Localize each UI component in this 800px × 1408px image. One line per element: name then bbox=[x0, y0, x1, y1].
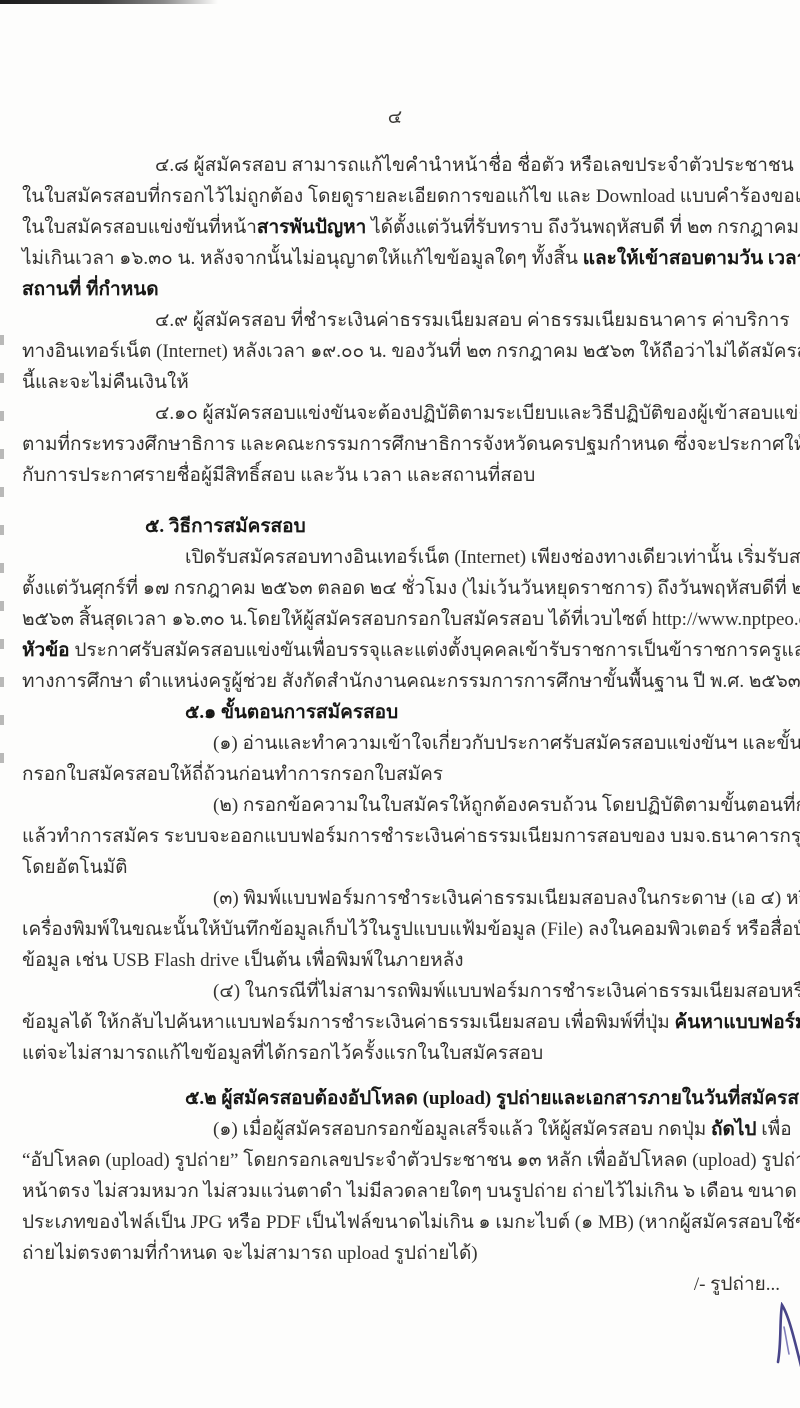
text-run: (๑) อ่านและทำความเข้าใจเกี่ยวกับประกาศรั… bbox=[213, 733, 800, 754]
text-run: ตามที่กระทรวงศึกษาธิการ และคณะกรรมการศึก… bbox=[22, 434, 800, 455]
document-line: ๕. วิธีการสมัครสอบ bbox=[22, 511, 786, 542]
document-line: (๑) เมื่อผู้สมัครสอบกรอกข้อมูลเสร็จแล้ว … bbox=[22, 1114, 786, 1145]
document-line: ๒๕๖๓ สิ้นสุดเวลา ๑๖.๓๐ น.โดยให้ผู้สมัครส… bbox=[22, 604, 786, 635]
document-line: ข้อมูล เช่น USB Flash drive เป็นต้น เพื่… bbox=[22, 945, 786, 976]
text-run: ๔.๙ ผู้สมัครสอบ ที่ชำระเงินค่าธรรมเนียมส… bbox=[155, 310, 790, 331]
document-line: สถานที่ ที่กำหนด bbox=[22, 274, 786, 305]
text-run: ไม่เกินเวลา ๑๖.๓๐ น. หลังจากนั้นไม่อนุญา… bbox=[22, 248, 583, 269]
document-line: กับการประกาศรายชื่อผู้มีสิทธิ์สอบ และวัน… bbox=[22, 460, 786, 491]
document-line: ทางการศึกษา ตำแหน่งครูผู้ช่วย สังกัดสำนั… bbox=[22, 666, 786, 697]
text-run-bold: ๕.๒ ผู้สมัครสอบต้องอัปโหลด (upload) รูปถ… bbox=[185, 1088, 800, 1109]
text-run: หน้าตรง ไม่สวมหมวก ไม่สวมแว่นตาดำ ไม่มีล… bbox=[22, 1181, 800, 1202]
document-line: ตั้งแต่วันศุกร์ที่ ๑๗ กรกฎาคม ๒๕๖๓ ตลอด … bbox=[22, 573, 786, 604]
text-run: ถ่ายไม่ตรงตามที่กำหนด จะไม่สามารถ upload… bbox=[22, 1243, 478, 1264]
document-line: หัวข้อ ประกาศรับสมัครสอบแข่งขันเพื่อบรรจ… bbox=[22, 635, 786, 666]
document-line: เปิดรับสมัครสอบทางอินเทอร์เน็ต (Internet… bbox=[22, 542, 786, 573]
text-run: (๓) พิมพ์แบบฟอร์มการชำระเงินค่าธรรมเนียม… bbox=[213, 888, 800, 909]
text-run: ข้อมูลได้ ให้กลับไปค้นหาแบบฟอร์มการชำระเ… bbox=[22, 1012, 675, 1033]
document-line: นี้และจะไม่คืนเงินให้ bbox=[22, 367, 786, 398]
pen-mark-ink bbox=[763, 1302, 800, 1368]
text-run-bold: หัวข้อ bbox=[22, 640, 70, 661]
text-run: กับการประกาศรายชื่อผู้มีสิทธิ์สอบ และวัน… bbox=[22, 465, 535, 486]
document-line: ตามที่กระทรวงศึกษาธิการ และคณะกรรมการศึก… bbox=[22, 429, 786, 460]
text-run: ตั้งแต่วันศุกร์ที่ ๑๗ กรกฎาคม ๒๕๖๓ ตลอด … bbox=[22, 578, 800, 599]
scan-artifact-top-edge bbox=[0, 0, 218, 4]
text-run: ๔.๑๐ ผู้สมัครสอบแข่งขันจะต้องปฏิบัติตามร… bbox=[155, 403, 800, 424]
document-line: แต่จะไม่สามารถแก้ไขข้อมูลที่ได้กรอกไว้คร… bbox=[22, 1038, 786, 1069]
text-run: ประกาศรับสมัครสอบแข่งขันเพื่อบรรจุและแต่… bbox=[70, 640, 800, 661]
text-run: “อัปโหลด (upload) รูปถ่าย” โดยกรอกเลขประ… bbox=[22, 1150, 800, 1171]
document-line: ในใบสมัครสอบที่กรอกไว้ไม่ถูกต้อง โดยดูรา… bbox=[22, 181, 786, 212]
document-body: ๔.๘ ผู้สมัครสอบ สามารถแก้ไขคำนำหน้าชื่อ … bbox=[22, 150, 786, 1300]
text-run: เปิดรับสมัครสอบทางอินเทอร์เน็ต (Internet… bbox=[185, 547, 800, 568]
text-run: (๔) ในกรณีที่ไม่สามารถพิมพ์แบบฟอร์มการชำ… bbox=[213, 981, 800, 1002]
document-line: (๓) พิมพ์แบบฟอร์มการชำระเงินค่าธรรมเนียม… bbox=[22, 883, 786, 914]
text-run: (๑) เมื่อผู้สมัครสอบกรอกข้อมูลเสร็จแล้ว … bbox=[213, 1119, 711, 1140]
document-line: เครื่องพิมพ์ในขณะนั้นให้บันทึกข้อมูลเก็บ… bbox=[22, 914, 786, 945]
text-run: ทางอินเทอร์เน็ต (Internet) หลังเวลา ๑๙.๐… bbox=[22, 341, 800, 362]
text-run: ทางการศึกษา ตำแหน่งครูผู้ช่วย สังกัดสำนั… bbox=[22, 671, 800, 692]
document-line: (๔) ในกรณีที่ไม่สามารถพิมพ์แบบฟอร์มการชำ… bbox=[22, 976, 786, 1007]
text-run: ประเภทของไฟล์เป็น JPG หรือ PDF เป็นไฟล์ข… bbox=[22, 1212, 800, 1233]
text-run: แต่จะไม่สามารถแก้ไขข้อมูลที่ได้กรอกไว้คร… bbox=[22, 1043, 543, 1064]
text-run-bold: ถัดไป bbox=[711, 1119, 756, 1140]
document-line: ในใบสมัครสอบแข่งขันที่หน้าสารพันปัญหา ได… bbox=[22, 212, 786, 243]
text-run: ๔.๘ ผู้สมัครสอบ สามารถแก้ไขคำนำหน้าชื่อ … bbox=[155, 155, 794, 176]
text-run-bold: สารพันปัญหา bbox=[257, 217, 366, 238]
text-run: เครื่องพิมพ์ในขณะนั้นให้บันทึกข้อมูลเก็บ… bbox=[22, 919, 800, 940]
document-line: ไม่เกินเวลา ๑๖.๓๐ น. หลังจากนั้นไม่อนุญา… bbox=[22, 243, 786, 274]
text-run: เพื่อ bbox=[757, 1119, 792, 1140]
document-line: (๑) อ่านและทำความเข้าใจเกี่ยวกับประกาศรั… bbox=[22, 728, 786, 759]
page-number: ๔ bbox=[0, 102, 790, 132]
text-run-bold: และให้เข้าสอบตามวัน เวลา และ bbox=[583, 248, 800, 269]
text-run: โดยอัตโนมัติ bbox=[22, 857, 127, 878]
text-run: กรอกใบสมัครสอบให้ถี่ถ้วนก่อนทำการกรอกใบส… bbox=[22, 764, 443, 785]
document-line: ๔.๑๐ ผู้สมัครสอบแข่งขันจะต้องปฏิบัติตามร… bbox=[22, 398, 786, 429]
document-line: กรอกใบสมัครสอบให้ถี่ถ้วนก่อนทำการกรอกใบส… bbox=[22, 759, 786, 790]
document-line: ทางอินเทอร์เน็ต (Internet) หลังเวลา ๑๙.๐… bbox=[22, 336, 786, 367]
text-run: ในใบสมัครสอบแข่งขันที่หน้า bbox=[22, 217, 257, 238]
text-run: ๒๕๖๓ สิ้นสุดเวลา ๑๖.๓๐ น.โดยให้ผู้สมัครส… bbox=[22, 609, 800, 630]
text-run-bold: สถานที่ ที่กำหนด bbox=[22, 279, 159, 300]
document-line: โดยอัตโนมัติ bbox=[22, 852, 786, 883]
text-run: /- รูปถ่าย... bbox=[694, 1274, 780, 1295]
document-line: ๔.๘ ผู้สมัครสอบ สามารถแก้ไขคำนำหน้าชื่อ … bbox=[22, 150, 786, 181]
text-run: ข้อมูล เช่น USB Flash drive เป็นต้น เพื่… bbox=[22, 950, 464, 971]
document-line: ข้อมูลได้ ให้กลับไปค้นหาแบบฟอร์มการชำระเ… bbox=[22, 1007, 786, 1038]
text-run: ได้ตั้งแต่วันที่รับทราบ ถึงวันพฤหัสบดี ท… bbox=[366, 217, 800, 238]
text-run: ในใบสมัครสอบที่กรอกไว้ไม่ถูกต้อง โดยดูรา… bbox=[22, 186, 800, 207]
text-run: แล้วทำการสมัคร ระบบจะออกแบบฟอร์มการชำระเ… bbox=[22, 826, 800, 847]
document-line: /- รูปถ่าย... bbox=[22, 1269, 786, 1300]
text-run-bold: ๕. วิธีการสมัครสอบ bbox=[145, 516, 306, 537]
text-run-bold: ๕.๑ ขั้นตอนการสมัครสอบ bbox=[185, 702, 398, 723]
document-line: หน้าตรง ไม่สวมหมวก ไม่สวมแว่นตาดำ ไม่มีล… bbox=[22, 1176, 786, 1207]
document-line: ประเภทของไฟล์เป็น JPG หรือ PDF เป็นไฟล์ข… bbox=[22, 1207, 786, 1238]
document-line: แล้วทำการสมัคร ระบบจะออกแบบฟอร์มการชำระเ… bbox=[22, 821, 786, 852]
document-line: ๕.๒ ผู้สมัครสอบต้องอัปโหลด (upload) รูปถ… bbox=[22, 1083, 786, 1114]
scan-artifact-left-edge bbox=[0, 335, 4, 770]
text-run-bold: ค้นหาแบบฟอร์มการชำระเงิน bbox=[675, 1012, 800, 1033]
text-run: นี้และจะไม่คืนเงินให้ bbox=[22, 372, 189, 393]
document-page: ๔ ๔.๘ ผู้สมัครสอบ สามารถแก้ไขคำนำหน้าชื่… bbox=[0, 0, 800, 1408]
document-line: ๔.๙ ผู้สมัครสอบ ที่ชำระเงินค่าธรรมเนียมส… bbox=[22, 305, 786, 336]
document-line: ๕.๑ ขั้นตอนการสมัครสอบ bbox=[22, 697, 786, 728]
text-run: (๒) กรอกข้อความในใบสมัครให้ถูกต้องครบถ้ว… bbox=[213, 795, 800, 816]
document-line: “อัปโหลด (upload) รูปถ่าย” โดยกรอกเลขประ… bbox=[22, 1145, 786, 1176]
document-line: (๒) กรอกข้อความในใบสมัครให้ถูกต้องครบถ้ว… bbox=[22, 790, 786, 821]
document-line: ถ่ายไม่ตรงตามที่กำหนด จะไม่สามารถ upload… bbox=[22, 1238, 786, 1269]
